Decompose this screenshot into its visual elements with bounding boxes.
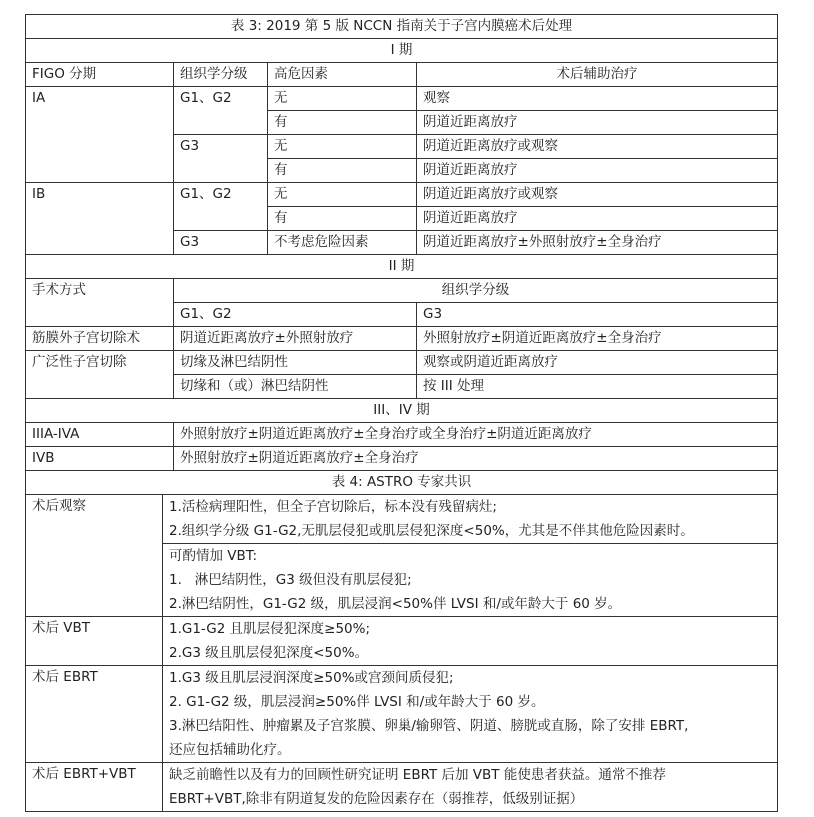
- treatment-cell: 观察: [417, 87, 778, 111]
- header-grade: 组织学分级: [174, 279, 778, 303]
- stage2-header-row: 手术方式 组织学分级: [26, 279, 778, 303]
- table3-title: 表 3: 2019 第 5 版 NCCN 指南关于子宫内膜癌术后处理: [26, 15, 778, 39]
- content-line: 还应包括辅助化疗。: [169, 738, 771, 762]
- label-cell: 术后 EBRT+VBT: [26, 763, 163, 812]
- g3-cell: 外照射放疗±阴道近距离放疗±全身治疗: [417, 327, 778, 351]
- table-row: 筋膜外子宫切除术 阴道近距离放疗±外照射放疗 外照射放疗±阴道近距离放疗±全身治…: [26, 327, 778, 351]
- stage-cell: IA: [26, 87, 174, 183]
- risk-cell: 有: [268, 207, 417, 231]
- content-cell: 可酌情加 VBT: 1. 淋巴结阴性，G3 级但没有肌层侵犯; 2.淋巴结阴性，…: [163, 544, 778, 617]
- treatment-cell: 阴道近距离放疗或观察: [417, 135, 778, 159]
- risk-cell: 无: [268, 87, 417, 111]
- stage34-section-label: III、IV 期: [26, 399, 778, 423]
- content-cell: 1.G1-G2 且肌层侵犯深度≥50%; 2.G3 级且肌层侵犯深度<50%。: [163, 617, 778, 666]
- treatment-cell: 外照射放疗±阴道近距离放疗±全身治疗: [174, 447, 778, 471]
- stage1-section-label: I 期: [26, 39, 778, 63]
- content-line: 2.G3 级且肌层侵犯深度<50%。: [169, 641, 771, 665]
- header-treatment: 术后辅助治疗: [417, 63, 778, 87]
- content-line: 1. 淋巴结阴性，G3 级但没有肌层侵犯;: [169, 568, 771, 592]
- surgery-cell: 筋膜外子宫切除术: [26, 327, 174, 351]
- treatment-cell: 外照射放疗±阴道近距离放疗±全身治疗或全身治疗±阴道近距离放疗: [174, 423, 778, 447]
- table-row: 广泛性子宫切除 切缘及淋巴结阴性 观察或阴道近距离放疗: [26, 351, 778, 375]
- content-line: 3.淋巴结阳性、肿瘤累及子宫浆膜、卵巢/输卵管、阴道、膀胱或直肠，除了安排 EB…: [169, 714, 771, 738]
- table-row: 术后 VBT 1.G1-G2 且肌层侵犯深度≥50%; 2.G3 级且肌层侵犯深…: [26, 617, 778, 666]
- g3-cell: 按 III 处理: [417, 375, 778, 399]
- grade-cell: G3: [174, 135, 268, 183]
- content-line: 缺乏前瞻性以及有力的回顾性研究证明 EBRT 后加 VBT 能使患者获益。通常不…: [169, 763, 771, 787]
- content-line: 2.组织学分级 G1-G2,无肌层侵犯或肌层侵犯深度<50%，尤其是不伴其他危险…: [169, 519, 771, 543]
- treatment-cell: 阴道近距离放疗±外照射放疗±全身治疗: [417, 231, 778, 255]
- header-g12: G1、G2: [174, 303, 417, 327]
- g12-cell: 阴道近距离放疗±外照射放疗: [174, 327, 417, 351]
- table-row: IB G1、G2 无 阴道近距离放疗或观察: [26, 183, 778, 207]
- label-cell: 术后 EBRT: [26, 666, 163, 763]
- table-row: 术后 EBRT 1.G3 级且肌层浸润深度≥50%或宫颈间质侵犯; 2. G1-…: [26, 666, 778, 763]
- table-row: 术后 EBRT+VBT 缺乏前瞻性以及有力的回顾性研究证明 EBRT 后加 VB…: [26, 763, 778, 812]
- g12-cell: 切缘及淋巴结阴性: [174, 351, 417, 375]
- content-line: EBRT+VBT,除非有阴道复发的危险因素存在（弱推荐，低级别证据）: [169, 787, 771, 811]
- content-cell: 1.G3 级且肌层浸润深度≥50%或宫颈间质侵犯; 2. G1-G2 级，肌层浸…: [163, 666, 778, 763]
- grade-cell: G1、G2: [174, 183, 268, 231]
- content-cell: 缺乏前瞻性以及有力的回顾性研究证明 EBRT 后加 VBT 能使患者获益。通常不…: [163, 763, 778, 812]
- surgery-cell: 广泛性子宫切除: [26, 351, 174, 399]
- content-line: 2. G1-G2 级，肌层浸润≥50%伴 LVSI 和/或年龄大于 60 岁。: [169, 690, 771, 714]
- stage1-header-row: FIGO 分期 组织学分级 高危因素 术后辅助治疗: [26, 63, 778, 87]
- table-row: IIIA-IVA 外照射放疗±阴道近距离放疗±全身治疗或全身治疗±阴道近距离放疗: [26, 423, 778, 447]
- stage-cell: IB: [26, 183, 174, 255]
- header-figo: FIGO 分期: [26, 63, 174, 87]
- risk-cell: 不考虑危险因素: [268, 231, 417, 255]
- header-risk: 高危因素: [268, 63, 417, 87]
- stage2-section-label: II 期: [26, 255, 778, 279]
- content-line: 1.G1-G2 且肌层侵犯深度≥50%;: [169, 617, 771, 641]
- stage-cell: IIIA-IVA: [26, 423, 174, 447]
- grade-cell: G3: [174, 231, 268, 255]
- treatment-cell: 阴道近距离放疗或观察: [417, 183, 778, 207]
- guideline-table: 表 3: 2019 第 5 版 NCCN 指南关于子宫内膜癌术后处理 I 期 F…: [25, 14, 778, 812]
- table-row: IA G1、G2 无 观察: [26, 87, 778, 111]
- risk-cell: 有: [268, 159, 417, 183]
- risk-cell: 无: [268, 135, 417, 159]
- risk-cell: 有: [268, 111, 417, 135]
- table4-title: 表 4: ASTRO 专家共识: [26, 471, 778, 495]
- grade-cell: G1、G2: [174, 87, 268, 135]
- header-g3: G3: [417, 303, 778, 327]
- treatment-cell: 阴道近距离放疗: [417, 111, 778, 135]
- treatment-cell: 阴道近距离放疗: [417, 207, 778, 231]
- treatment-cell: 阴道近距离放疗: [417, 159, 778, 183]
- table-row: 术后观察 1.活检病理阳性，但全子宫切除后，标本没有残留病灶; 2.组织学分级 …: [26, 495, 778, 544]
- g3-cell: 观察或阴道近距离放疗: [417, 351, 778, 375]
- label-cell: 术后 VBT: [26, 617, 163, 666]
- content-cell: 1.活检病理阳性，但全子宫切除后，标本没有残留病灶; 2.组织学分级 G1-G2…: [163, 495, 778, 544]
- content-line: 1.G3 级且肌层浸润深度≥50%或宫颈间质侵犯;: [169, 666, 771, 690]
- content-line: 可酌情加 VBT:: [169, 544, 771, 568]
- content-line: 1.活检病理阳性，但全子宫切除后，标本没有残留病灶;: [169, 495, 771, 519]
- header-surgery: 手术方式: [26, 279, 174, 327]
- stage-cell: IVB: [26, 447, 174, 471]
- table-row: IVB 外照射放疗±阴道近距离放疗±全身治疗: [26, 447, 778, 471]
- header-grade: 组织学分级: [174, 63, 268, 87]
- content-line: 2.淋巴结阴性，G1-G2 级，肌层浸润<50%伴 LVSI 和/或年龄大于 6…: [169, 592, 771, 616]
- label-cell: 术后观察: [26, 495, 163, 617]
- risk-cell: 无: [268, 183, 417, 207]
- g12-cell: 切缘和（或）淋巴结阴性: [174, 375, 417, 399]
